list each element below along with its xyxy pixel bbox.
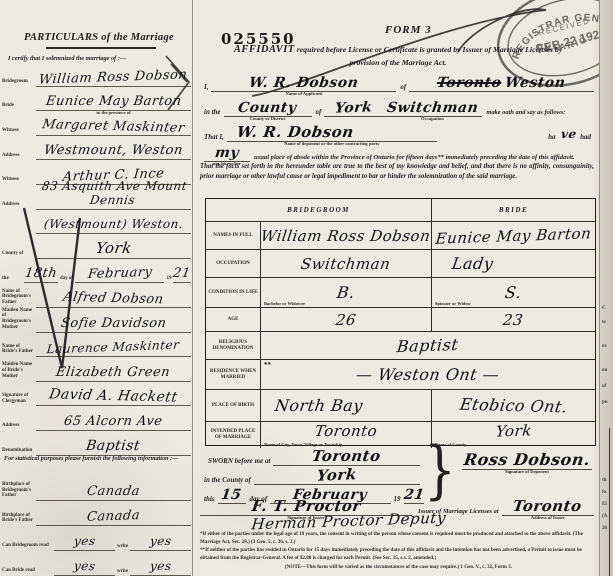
bride-condition: S. [504, 283, 523, 302]
issuer-place: Toronto [512, 497, 583, 515]
field-label: the [2, 276, 24, 284]
field-label: Maiden Name of Bride's Mother [2, 362, 36, 381]
had-label: had [580, 133, 594, 142]
field-value: Canada [86, 508, 141, 525]
footnote-note: (NOTE—This form will be varied as the ci… [200, 564, 597, 572]
religious-denomination: Baptist [396, 335, 460, 356]
column-header-bridegroom: BRIDEGROOM [206, 199, 431, 221]
county-word: County [237, 100, 298, 116]
field-label: Witness [2, 177, 36, 185]
bride-name: Eunice May Barton [435, 224, 593, 247]
field-value: Elizabeth Green [55, 365, 171, 380]
row-label-age: AGE [226, 317, 241, 323]
month-value: February [87, 265, 153, 282]
edge-fragment: ex [602, 344, 607, 349]
field-value: 65 Alcorn Ave [63, 414, 164, 429]
edge-fragment: (A [602, 514, 607, 519]
field-row-groom-mother: Maiden Name of Bridegroom's Mother Sofie… [2, 308, 191, 333]
statistics-column: Birthplace of Bridegroom's Father Canada… [2, 476, 191, 576]
field-label: Address [2, 202, 36, 210]
field-row-date: the 18th day of February 19 21 [2, 259, 191, 284]
spinster-widow-sublabel: Spinster or Widow [435, 301, 471, 306]
day-value: 18th [24, 266, 58, 281]
groom-age: 26 [335, 311, 358, 329]
edge-fragment: of [602, 384, 606, 389]
clergyman-signature: David A. Hackett [48, 387, 179, 406]
occupation-value: Switchman [386, 100, 479, 116]
row-label-residence: RESIDENCE when MARRIED [206, 369, 260, 381]
statistical-note: For statistical purposes please furnish … [4, 455, 190, 463]
field-label: Address [2, 153, 36, 161]
field-row-clergyman: Signature of Clergyman David A. Hackett [2, 382, 191, 407]
affidavit-word: AFFIDAVIT [234, 44, 295, 55]
edge-fragment: on [602, 368, 607, 373]
bride-occupation: Lady [451, 254, 495, 273]
issuer-address-sublabel: Address of Issuer [502, 515, 594, 520]
residence-when-married: — Weston Ont — [355, 365, 501, 384]
bride-age: 23 [502, 311, 525, 329]
county-occupation-line: in the County County or District of York… [204, 99, 594, 117]
struck-place: Toronto [436, 75, 503, 91]
field-value: Westmount, Weston [43, 143, 184, 158]
field-row-bridegroom: Bridegroom William Ross Dobson [2, 62, 191, 87]
oath-text: make oath and say as follows: [482, 109, 568, 117]
field-label: Birthplace of Bride's Father [2, 513, 36, 527]
row-label-names: NAMES in full [211, 233, 254, 239]
field-label: Address [2, 423, 36, 431]
field-label: Name of Bridegroom's Father [2, 289, 36, 308]
particulars-column: Bridegroom William Ross Dobson Bride Eun… [2, 62, 191, 456]
abode-text: usual place of abode within the Province… [250, 154, 578, 162]
edge-fragment: C [602, 306, 606, 311]
county-label: in the County of [204, 476, 254, 485]
affidavit-heading: AFFIDAVIT required before License or Cer… [200, 44, 596, 55]
field-label: Witness [2, 128, 36, 136]
edge-fragment: fo [602, 490, 606, 495]
of-label: of [396, 83, 409, 92]
ve-handwritten: ve [557, 127, 581, 142]
applicant-line: I, W. R. Dobson Name of Applicant of Tor… [204, 74, 594, 92]
field-row-bride: Bride Eunice May Barton in the presence … [2, 87, 191, 112]
field-value: York [94, 239, 132, 257]
field-row-witness: Witness Margaret Maskinter [2, 111, 191, 136]
field-value: Canada [86, 484, 141, 499]
field-value: 83 Asquith Ave Mount Dennis [34, 179, 193, 207]
column-header-bride: BRIDE [431, 199, 595, 221]
write-label: write [115, 569, 130, 576]
stat-row-groom-literacy: Can Bridegroom read yes write yes [2, 526, 191, 551]
county-value: York [334, 99, 373, 116]
applicant-name-sublabel: Name of Applicant [211, 91, 396, 96]
field-label: Birthplace of Bridegroom's Father [2, 482, 36, 501]
intended-place-city: Toronto [314, 422, 379, 440]
field-value: Alfred Dobson [62, 290, 165, 308]
field-row-groom-father: Name of Bridegroom's Father Alfred Dobso… [2, 283, 191, 308]
footnotes: *If either of the parties under the lega… [200, 531, 597, 572]
write-label: write [115, 544, 130, 551]
my-handwritten: my [214, 145, 240, 161]
row-label-birthplace: PLACE of BIRTH [210, 403, 256, 409]
row-label-condition: CONDITION in LIFE [206, 290, 259, 296]
field-label: Bridegroom [2, 79, 36, 87]
groom-name: William Ross Dobson [260, 227, 432, 245]
read-value: yes [73, 559, 97, 574]
title-underline [46, 47, 156, 49]
field-row-address: Address 65 Alcorn Ave [2, 406, 191, 431]
field-row-bride-mother: Maiden Name of Bride's Mother Elizabeth … [2, 357, 191, 382]
particulars-title: PARTICULARS of the Marriage [24, 32, 174, 43]
row-label-occupation: OCCUPATION [214, 261, 251, 267]
read-value: yes [73, 534, 97, 548]
in-the-label: in the [204, 108, 224, 117]
deponent-signature-block: Ross Dobson. Signature of Deponent [462, 452, 592, 470]
applicant-name: W. R. Dobson [248, 75, 360, 91]
groom-birthplace: North Bay [274, 396, 365, 415]
stat-row-bride-literacy: Can Bride read yes write yes [2, 551, 191, 576]
form-number: FORM 3 [385, 24, 432, 36]
stat-row-bride-father-birthplace: Birthplace of Bride's Father Canada [2, 501, 191, 526]
field-row-denomination: Denomination Baptist [2, 431, 191, 456]
field-value: Eunice May Barton [45, 94, 183, 109]
field-row-address: Address 83 Asquith Ave Mount Dennis [2, 185, 191, 210]
county-sublabel: County or District [224, 116, 312, 121]
bride-birthplace: Etobico Ont. [458, 395, 568, 417]
footnote-residency: **If neither of the parties has resided … [200, 547, 597, 562]
applicant-place: Weston [504, 75, 567, 91]
marriage-affidavit-document: PARTICULARS of the Marriage 025550 FORM … [0, 0, 613, 576]
column-divider [192, 0, 193, 576]
i-label: I, [204, 83, 211, 92]
sworn-county: York [316, 465, 358, 484]
deponent-signature: Ross Dobson. [463, 450, 592, 469]
field-value: (Westmount) Weston. [43, 217, 184, 231]
edge-fragment: th [602, 478, 606, 483]
edge-fragment: 26 [602, 526, 607, 531]
occupation-sublabel: Occupation [382, 116, 482, 121]
affidavit-heading-rest: required before License or Certificate i… [297, 45, 563, 54]
sworn-county-line: in the County of York [204, 469, 420, 485]
field-label: Name of Bride's Father [2, 344, 36, 358]
groom-condition: B. [336, 283, 357, 302]
field-row-bride-father: Name of Bride's Father Laurence Maskinte… [2, 333, 191, 358]
edge-fragment: El [602, 502, 607, 507]
abode-line: my my, his, or her usual place of abode … [204, 146, 594, 162]
page-edge-line [609, 428, 611, 576]
field-label: Can Bridegroom read [2, 543, 54, 551]
field-row-address: Address Westmount, Weston [2, 136, 191, 161]
deponent-name: W. R. Dobson [236, 123, 355, 141]
field-value: Baptist [85, 438, 141, 454]
footnote-consent: *If either of the parties under the lega… [200, 531, 597, 546]
field-label: Can Bride read [2, 568, 54, 576]
field-label: Signature of Clergyman [2, 393, 36, 407]
sworn-label: SWORN before me at [208, 457, 273, 466]
day-of-label: day of [58, 276, 75, 283]
write-value: yes [149, 534, 173, 548]
footnote-marker: ** [264, 361, 271, 369]
field-label: Bride [2, 103, 36, 111]
sworn-place: Toronto [311, 447, 382, 465]
row-label-religion: RELIGIOUS DENOMINATION [206, 340, 260, 352]
certify-statement: I certify that I solemnized the marriage… [8, 55, 126, 62]
adjacent-page-edge: C te ex on of pu th fo El (A 26 [599, 0, 613, 576]
facts-paragraph: That the facts set forth in the hereunde… [200, 162, 594, 182]
affidavit-heading-line2: provision of the Marriage Act. [200, 58, 596, 67]
brace-glyph: } [424, 434, 456, 507]
field-value: Sofie Davidson [60, 316, 168, 331]
field-row-county: County of York [2, 234, 191, 259]
deputy-note: Herman Proctor Deputy [251, 509, 447, 534]
field-value: Laurence Maskinter [46, 338, 180, 357]
groom-occupation: Switchman [300, 255, 392, 273]
that-i-label: That I, [204, 133, 227, 142]
field-label: Maiden Name of Bridegroom's Mother [2, 308, 36, 333]
sworn-line: SWORN before me at Toronto [208, 450, 420, 466]
of-label: of [312, 108, 325, 117]
intended-place-county: York [495, 421, 533, 440]
deponent-signature-sublabel: Signature of Deponent [462, 469, 592, 474]
field-label: County of [2, 251, 36, 259]
bachelor-widower-sublabel: Bachelor or Widower [264, 301, 305, 306]
field-value: William Ross Dobson [38, 67, 188, 87]
field-value: Margaret Maskinter [41, 117, 186, 136]
stat-row-groom-father-birthplace: Birthplace of Bridegroom's Father Canada [2, 476, 191, 501]
edge-fragment: te [602, 320, 606, 325]
deponent-line: That I, W. R. Dobson Name of deponent or… [204, 124, 594, 142]
row-label-intended-place: INTENDED PLACE of MARRIAGE [206, 429, 260, 441]
write-value: yes [149, 559, 173, 573]
edge-fragment: pu [602, 400, 608, 405]
field-row-address2: (Westmount) Weston. [2, 210, 191, 235]
year-value: 21 [172, 266, 192, 281]
bridegroom-bride-table: BRIDEGROOM BRIDE NAMES in full William R… [205, 198, 596, 446]
